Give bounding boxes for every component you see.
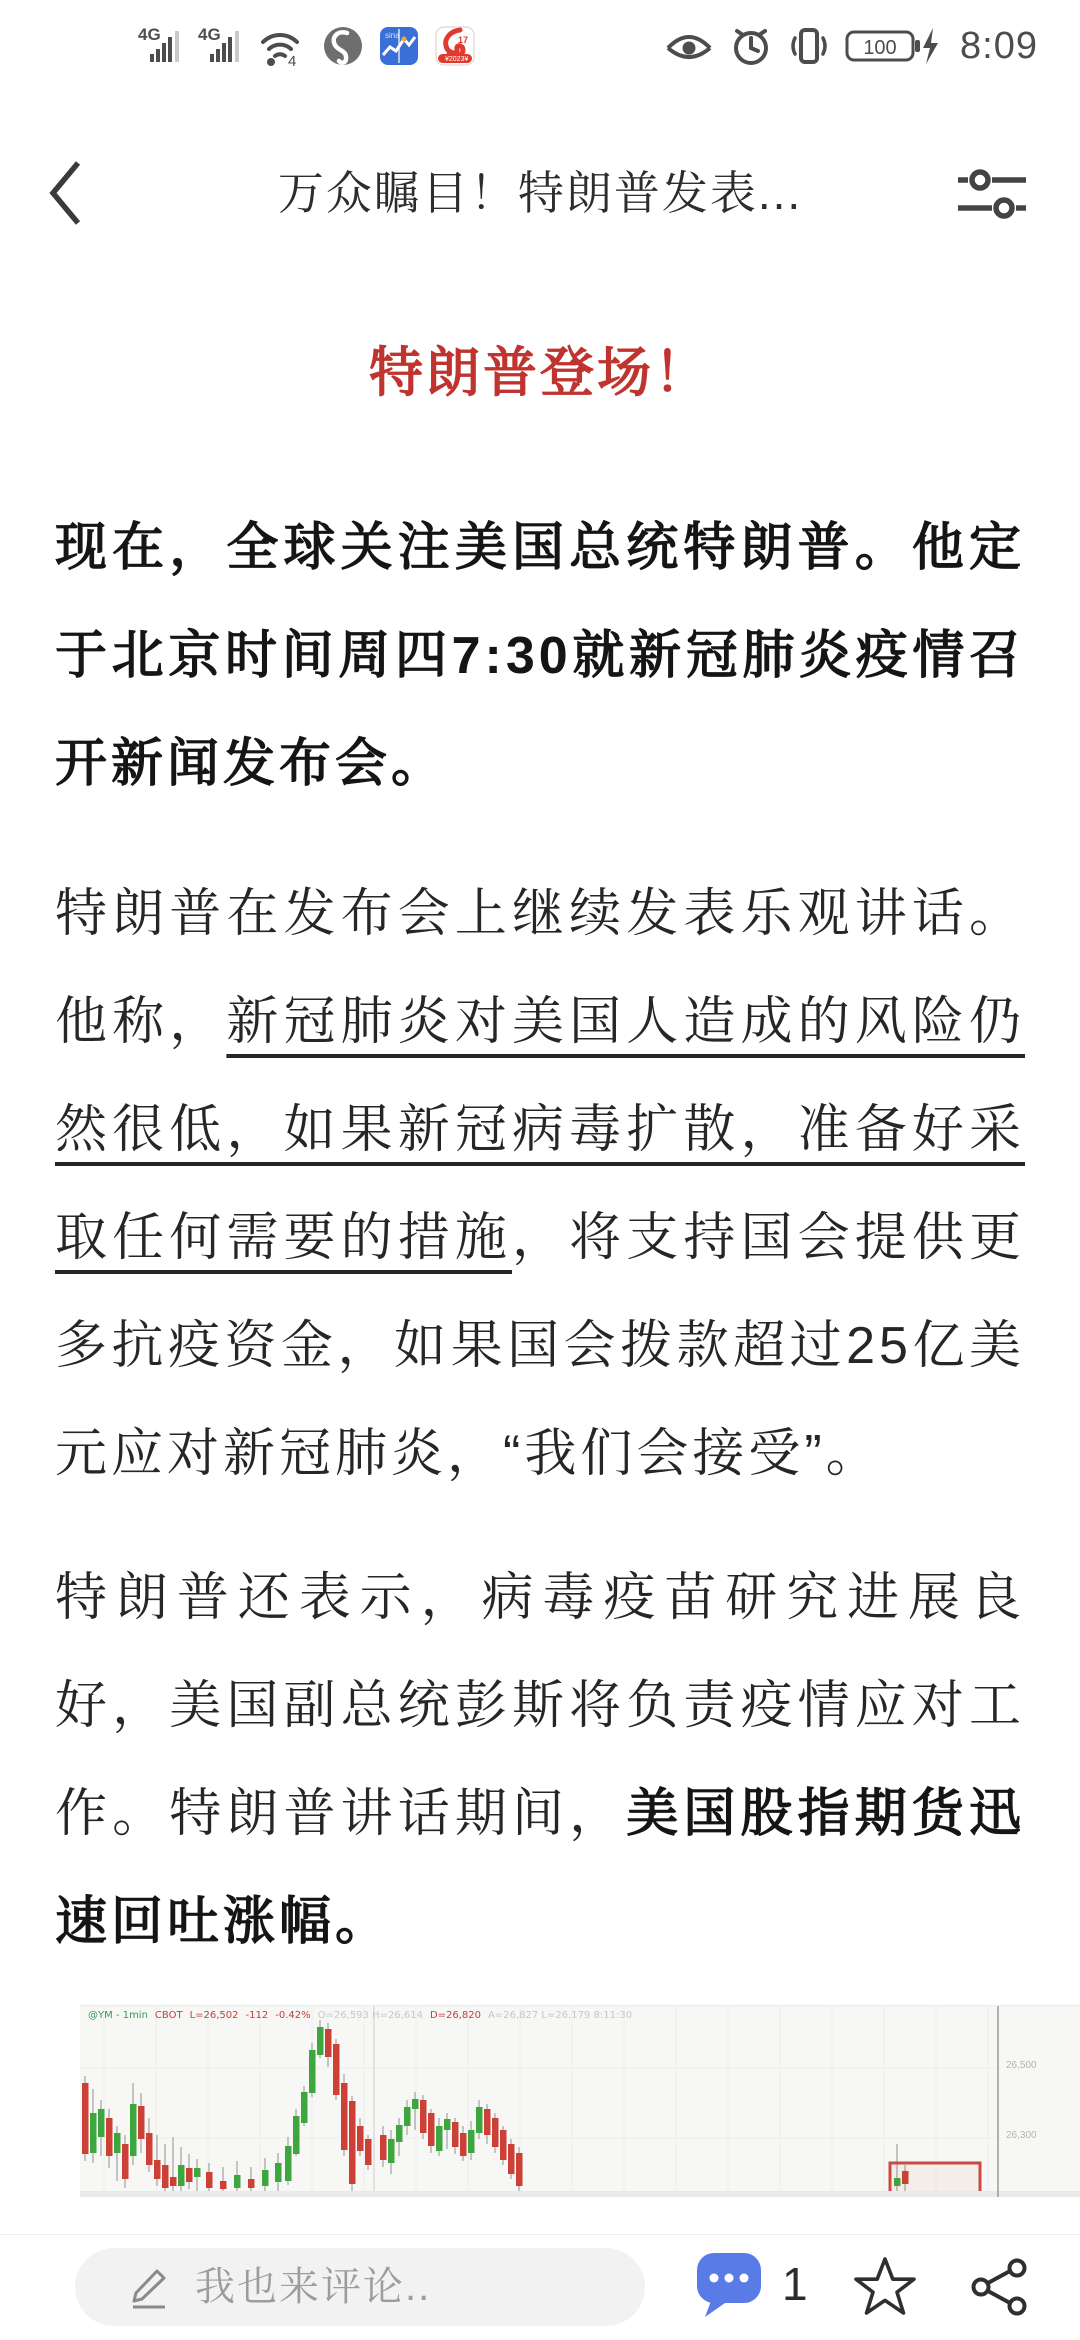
pencil-icon: [127, 2264, 171, 2310]
finance-app-notification-icon: sina: [378, 25, 420, 67]
chart-legend-token: D=26,820: [430, 2010, 481, 2021]
display-settings-button[interactable]: [954, 166, 1030, 222]
svg-text:26,500: 26,500: [1006, 2060, 1037, 2071]
chart-legend-token: -0.42%: [275, 2010, 310, 2021]
nav-bar: 万众瞩目！特朗普发表...: [0, 150, 1080, 236]
comment-input-pill[interactable]: [75, 2248, 645, 2326]
clock-time: 8:09: [960, 25, 1038, 68]
svg-text:4G: 4G: [198, 25, 221, 44]
back-button[interactable]: [44, 158, 88, 228]
signal-sim1-icon: 4G: [138, 24, 184, 68]
signal-sim2-icon: 4G: [198, 24, 244, 68]
wifi-icon: 4: [258, 24, 308, 68]
svg-text:100: 100: [863, 37, 896, 59]
svg-text:26,300: 26,300: [1006, 2130, 1037, 2141]
chart-legend-token: @YM - 1min: [88, 2010, 148, 2021]
article-paragraph-1: 现在，全球关注美国总统特朗普。他定于北京时间周四7:30就新冠肺炎疫情召开新闻发…: [55, 494, 1025, 818]
comment-count: 1: [782, 2257, 808, 2311]
chart-legend: @YM - 1minCBOTL=26,502-112-0.42%O=26,593…: [88, 2010, 632, 2021]
alarm-icon: [729, 24, 773, 68]
candlestick-chart: 26,50026,300: [80, 2006, 1080, 2197]
article-paragraph-3: 特朗普还表示，病毒疫苗研究进展良好，美国副总统彭斯将负责疫情应对工作。特朗普讲话…: [55, 1544, 1025, 1976]
battery-charging-icon: 100: [845, 26, 945, 66]
article-chart-image[interactable]: @YM - 1minCBOTL=26,502-112-0.42%O=26,593…: [80, 2005, 1080, 2197]
share-button[interactable]: [968, 2257, 1032, 2317]
favorite-star-button[interactable]: [852, 2253, 918, 2319]
article-paragraph-2: 特朗普在发布会上继续发表乐观讲话。他称，新冠肺炎对美国人造成的风险仍然很低，如果…: [55, 860, 1025, 1508]
svg-text:17: 17: [458, 35, 468, 45]
chart-legend-token: O=26,593 H=26,614: [318, 2010, 423, 2021]
comments-button[interactable]: [695, 2251, 767, 2321]
svg-text:4: 4: [288, 53, 296, 68]
music-app-notification-icon: [322, 25, 364, 67]
bottom-toolbar: 1: [0, 2235, 1080, 2340]
article-headline: 特朗普登场！: [0, 330, 1080, 407]
page-title: 万众瞩目！特朗普发表...: [120, 150, 960, 236]
eye-comfort-icon: [664, 28, 714, 64]
svg-text:¥2023¥: ¥2023¥: [445, 56, 468, 63]
news-app-notification-icon: 17 ¥2023¥: [434, 25, 476, 67]
chart-legend-token: CBOT: [155, 2010, 183, 2021]
svg-text:4G: 4G: [138, 25, 161, 44]
comment-input[interactable]: [195, 2265, 555, 2310]
status-right-group: 100 8:09: [664, 24, 1038, 68]
vibrate-icon: [788, 24, 830, 68]
chart-legend-token: -112: [246, 2010, 269, 2021]
status-bar: 4G 4G 4: [0, 0, 1080, 90]
status-left-group: 4G 4G 4: [138, 24, 476, 68]
chart-legend-token: L=26,502: [190, 2010, 239, 2021]
svg-text:sina: sina: [385, 31, 400, 40]
chart-legend-token: A=26,827 L=26,179 8:11:30: [488, 2010, 632, 2021]
